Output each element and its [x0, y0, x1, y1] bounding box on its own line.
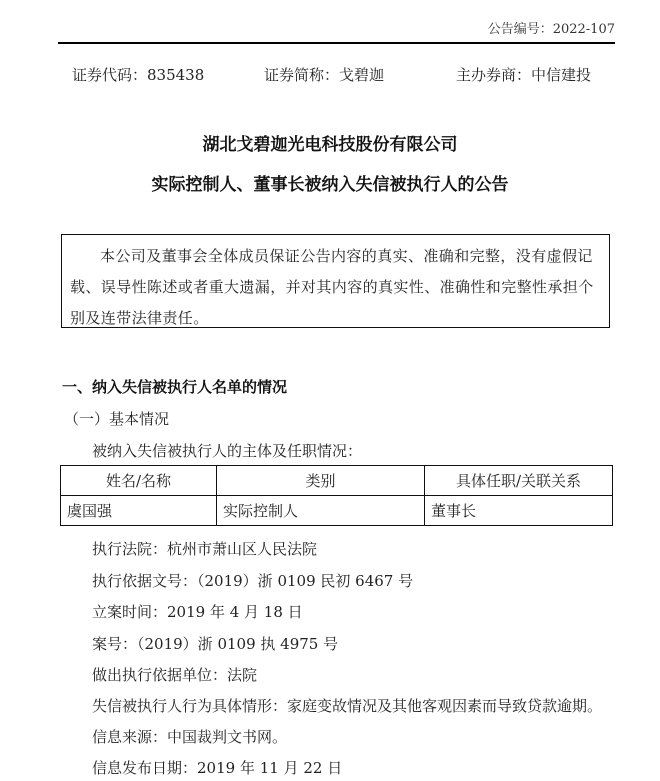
detail-case-no: 案号：（2019）浙 0109 执 4975 号 — [92, 633, 338, 654]
document-number: 公告编号：2022-107 — [488, 18, 615, 37]
table-header-row: 姓名/名称 类别 具体任职/关联关系 — [61, 466, 613, 496]
announcement-title: 实际控制人、董事长被纳入失信被执行人的公告 — [0, 170, 660, 195]
security-short-name: 证券简称：戈碧迦 — [264, 64, 384, 85]
cell-position: 董事长 — [425, 496, 613, 526]
table-intro: 被纳入失信被执行人的主体及任职情况： — [92, 440, 362, 461]
detail-executing-court: 执行法院：杭州市萧山区人民法院 — [92, 538, 317, 559]
subsection-heading: （一）基本情况 — [64, 408, 169, 429]
detail-info-source: 信息来源：中国裁判文书网。 — [92, 726, 287, 747]
detail-default-circumstance: 失信被执行人行为具体情形：家庭变故情况及其他客观因素而导致贷款逾期。 — [92, 695, 602, 716]
cell-category: 实际控制人 — [217, 496, 425, 526]
detail-issuing-unit: 做出执行依据单位：法院 — [92, 664, 257, 685]
section-heading: 一、纳入失信被执行人名单的情况 — [62, 376, 287, 397]
defaulter-table: 姓名/名称 类别 具体任职/关联关系 虞国强 实际控制人 董事长 — [60, 465, 613, 526]
detail-basis-document-no: 执行依据文号：（2019）浙 0109 民初 6467 号 — [92, 570, 413, 591]
column-header-name: 姓名/名称 — [61, 466, 217, 496]
company-title: 湖北戈碧迦光电科技股份有限公司 — [0, 130, 660, 155]
disclaimer-box: 本公司及董事会全体成员保证公告内容的真实、准确和完整，没有虚假记载、误导性陈述或… — [61, 234, 610, 328]
detail-publish-date: 信息发布日期：2019 年 11 月 22 日 — [92, 757, 342, 778]
column-header-category: 类别 — [217, 466, 425, 496]
column-header-position: 具体任职/关联关系 — [425, 466, 613, 496]
cell-name: 虞国强 — [61, 496, 217, 526]
disclaimer-text: 本公司及董事会全体成员保证公告内容的真实、准确和完整，没有虚假记载、误导性陈述或… — [70, 241, 601, 334]
header-divider — [58, 42, 615, 44]
security-code: 证券代码：835438 — [72, 64, 204, 85]
table-row: 虞国强 实际控制人 董事长 — [61, 496, 613, 526]
sponsor-broker: 主办券商：中信建投 — [456, 64, 591, 85]
detail-filing-date: 立案时间：2019 年 4 月 18 日 — [92, 601, 303, 622]
